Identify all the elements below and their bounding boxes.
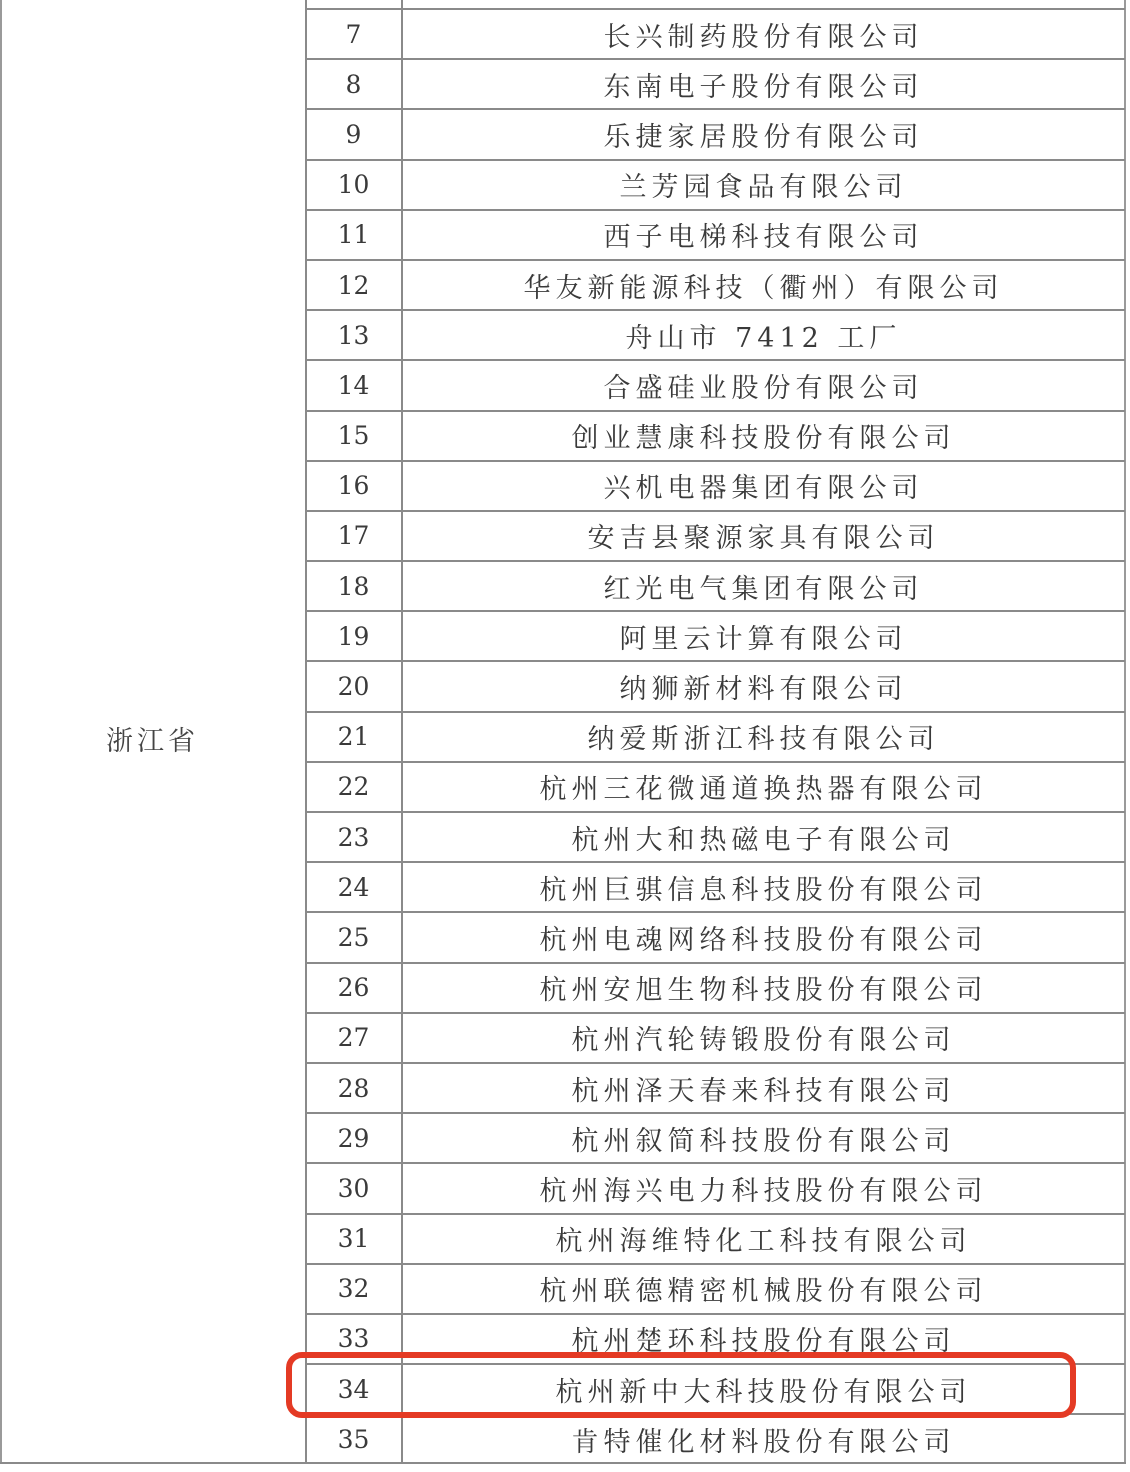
row-number: 20 bbox=[305, 672, 402, 701]
company-name: 杭州叙简科技股份有限公司 bbox=[402, 1119, 1125, 1158]
row-number: 25 bbox=[305, 923, 402, 952]
company-name: 合盛硅业股份有限公司 bbox=[402, 366, 1125, 405]
table-row: 11西子电梯科技有限公司 bbox=[305, 209, 1125, 259]
table-row: 21纳爱斯浙江科技有限公司 bbox=[305, 711, 1125, 761]
company-name: 杭州海维特化工科技有限公司 bbox=[402, 1219, 1125, 1258]
company-name: 红光电气集团有限公司 bbox=[402, 567, 1125, 606]
company-name: 长兴制药股份有限公司 bbox=[402, 15, 1125, 54]
table-row: 15创业慧康科技股份有限公司 bbox=[305, 410, 1125, 460]
table-row-partial: 6 浙江华策影视股份有限公司 bbox=[305, 0, 1125, 8]
company-name: 华友新能源科技（衢州）有限公司 bbox=[402, 266, 1125, 305]
row-number: 34 bbox=[305, 1375, 402, 1404]
company-name: 杭州汽轮铸锻股份有限公司 bbox=[402, 1018, 1125, 1057]
company-table: 7长兴制药股份有限公司8东南电子股份有限公司9乐捷家居股份有限公司10兰芳园食品… bbox=[305, 8, 1125, 1463]
row-number: 19 bbox=[305, 622, 402, 651]
table-row: 31杭州海维特化工科技有限公司 bbox=[305, 1213, 1125, 1263]
company-name: 杭州大和热磁电子有限公司 bbox=[402, 818, 1125, 857]
table-row: 18红光电气集团有限公司 bbox=[305, 560, 1125, 610]
table-row: 8东南电子股份有限公司 bbox=[305, 58, 1125, 108]
province-label: 浙江省 bbox=[106, 719, 199, 758]
table-row: 7长兴制药股份有限公司 bbox=[305, 8, 1125, 58]
company-name: 创业慧康科技股份有限公司 bbox=[402, 416, 1125, 455]
company-name: 杭州楚环科技股份有限公司 bbox=[402, 1319, 1125, 1358]
table-row: 20纳狮新材料有限公司 bbox=[305, 660, 1125, 710]
row-number: 22 bbox=[305, 772, 402, 801]
company-name: 兴机电器集团有限公司 bbox=[402, 466, 1125, 505]
row-number: 28 bbox=[305, 1074, 402, 1103]
row-number: 18 bbox=[305, 572, 402, 601]
company-name: 安吉县聚源家具有限公司 bbox=[402, 516, 1125, 555]
row-number: 8 bbox=[305, 70, 402, 99]
table-row: 29杭州叙简科技股份有限公司 bbox=[305, 1112, 1125, 1162]
row-number: 11 bbox=[305, 220, 402, 249]
company-name: 浙江华策影视股份有限公司 bbox=[402, 0, 1125, 1]
row-number: 10 bbox=[305, 170, 402, 199]
company-name: 杭州新中大科技股份有限公司 bbox=[402, 1370, 1125, 1409]
row-number: 7 bbox=[305, 20, 402, 49]
table-row: 33杭州楚环科技股份有限公司 bbox=[305, 1313, 1125, 1363]
row-number: 33 bbox=[305, 1324, 402, 1353]
row-number: 16 bbox=[305, 471, 402, 500]
company-name: 杭州安旭生物科技股份有限公司 bbox=[402, 968, 1125, 1007]
table-row: 10兰芳园食品有限公司 bbox=[305, 159, 1125, 209]
row-number: 30 bbox=[305, 1174, 402, 1203]
document-page: 浙江省 6 浙江华策影视股份有限公司 7长兴制药股份有限公司8东南电子股份有限公… bbox=[0, 0, 1130, 1472]
company-name: 兰芳园食品有限公司 bbox=[402, 165, 1125, 204]
row-number: 35 bbox=[305, 1425, 402, 1454]
company-name: 杭州联德精密机械股份有限公司 bbox=[402, 1269, 1125, 1308]
company-name: 肯特催化材料股份有限公司 bbox=[402, 1420, 1125, 1459]
table-row: 24杭州巨骐信息科技股份有限公司 bbox=[305, 861, 1125, 911]
table-row: 12华友新能源科技（衢州）有限公司 bbox=[305, 259, 1125, 309]
table-row: 35肯特催化材料股份有限公司 bbox=[305, 1413, 1125, 1463]
company-name: 纳爱斯浙江科技有限公司 bbox=[402, 717, 1125, 756]
row-number: 29 bbox=[305, 1124, 402, 1153]
table-row: 26杭州安旭生物科技股份有限公司 bbox=[305, 962, 1125, 1012]
row-number: 27 bbox=[305, 1023, 402, 1052]
table-row: 13舟山市 7412 工厂 bbox=[305, 309, 1125, 359]
row-number: 12 bbox=[305, 271, 402, 300]
row-number: 24 bbox=[305, 873, 402, 902]
table-row: 16兴机电器集团有限公司 bbox=[305, 460, 1125, 510]
table-row: 32杭州联德精密机械股份有限公司 bbox=[305, 1263, 1125, 1313]
table-row: 25杭州电魂网络科技股份有限公司 bbox=[305, 911, 1125, 961]
row-number: 32 bbox=[305, 1274, 402, 1303]
row-number: 13 bbox=[305, 321, 402, 350]
row-number: 14 bbox=[305, 371, 402, 400]
table-row: 23杭州大和热磁电子有限公司 bbox=[305, 811, 1125, 861]
company-name: 杭州海兴电力科技股份有限公司 bbox=[402, 1169, 1125, 1208]
company-name: 杭州三花微通道换热器有限公司 bbox=[402, 767, 1125, 806]
table-row: 22杭州三花微通道换热器有限公司 bbox=[305, 761, 1125, 811]
company-name: 阿里云计算有限公司 bbox=[402, 617, 1125, 656]
company-name: 乐捷家居股份有限公司 bbox=[402, 115, 1125, 154]
row-number: 26 bbox=[305, 973, 402, 1002]
table-row: 17安吉县聚源家具有限公司 bbox=[305, 510, 1125, 560]
company-name: 杭州泽天春来科技有限公司 bbox=[402, 1069, 1125, 1108]
row-number: 17 bbox=[305, 521, 402, 550]
company-name: 纳狮新材料有限公司 bbox=[402, 667, 1125, 706]
table-row: 19阿里云计算有限公司 bbox=[305, 610, 1125, 660]
company-name: 舟山市 7412 工厂 bbox=[402, 316, 1125, 355]
company-name: 杭州巨骐信息科技股份有限公司 bbox=[402, 868, 1125, 907]
table-row: 27杭州汽轮铸锻股份有限公司 bbox=[305, 1012, 1125, 1062]
row-number: 9 bbox=[305, 120, 402, 149]
table-row: 30杭州海兴电力科技股份有限公司 bbox=[305, 1162, 1125, 1212]
company-name: 杭州电魂网络科技股份有限公司 bbox=[402, 918, 1125, 957]
row-number: 21 bbox=[305, 722, 402, 751]
row-number: 23 bbox=[305, 823, 402, 852]
table-row: 14合盛硅业股份有限公司 bbox=[305, 359, 1125, 409]
company-name: 西子电梯科技有限公司 bbox=[402, 215, 1125, 254]
table-row-highlighted: 34杭州新中大科技股份有限公司 bbox=[305, 1363, 1125, 1413]
table-row: 28杭州泽天春来科技有限公司 bbox=[305, 1062, 1125, 1112]
row-number: 15 bbox=[305, 421, 402, 450]
company-name: 东南电子股份有限公司 bbox=[402, 65, 1125, 104]
table-row: 9乐捷家居股份有限公司 bbox=[305, 108, 1125, 158]
province-cell: 浙江省 bbox=[0, 0, 305, 1464]
row-number: 31 bbox=[305, 1224, 402, 1253]
